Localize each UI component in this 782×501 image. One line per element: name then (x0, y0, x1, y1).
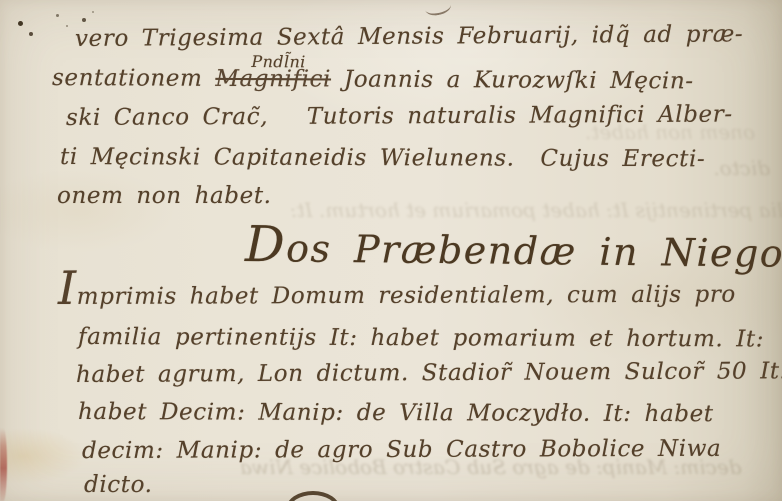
text-line: vero Trigesima Sextâ Mensis Februarij, i… (75, 19, 743, 54)
text-line: ti Męcinski Capitaneidis Wielunens. Cuju… (60, 142, 705, 174)
text-line: Imprimis habet Domum residentialem, cum … (58, 280, 736, 312)
interlinear-insertion: Pndl̃ni (251, 47, 305, 77)
text-line: dicto. (84, 470, 153, 500)
text-line: decim: Manip: de agro Sub Castro Bobolic… (82, 434, 721, 466)
ink-speck (18, 21, 23, 26)
red-edge-stain (0, 428, 7, 501)
text-line: habet Decim: Manip: de Villa Moczydło. I… (78, 397, 714, 429)
manuscript-page: dicto. familia pertinentijs It: habet po… (0, 0, 782, 501)
cropped-descender-stroke (424, 0, 453, 18)
text-line: sentationem MagnificiPndl̃ni Joannis a K… (52, 63, 694, 96)
ink-speck (92, 11, 94, 13)
ink-speck (29, 32, 33, 36)
ink-speck (56, 14, 59, 17)
text-segment: Joannis a Kurozwſki Męcin- (331, 66, 694, 94)
scribal-correction: MagnificiPndl̃ni (215, 66, 331, 93)
text-segment: sentationem (52, 65, 216, 92)
text-line: onem non habet. (57, 181, 272, 211)
text-line: familia pertinentijs It: habet pomarium … (78, 322, 764, 354)
ink-speck (82, 18, 86, 22)
text-line: ski Canco Crac̃, Tutoris naturalis Magni… (66, 100, 733, 133)
section-heading: Dos Præbendæ in Niegowa. (245, 218, 782, 280)
text-line: habet agrum, Lon dictum. Stadior̃ Nouem … (76, 356, 782, 390)
ink-speck (66, 25, 68, 27)
cutoff-letter (286, 491, 340, 501)
